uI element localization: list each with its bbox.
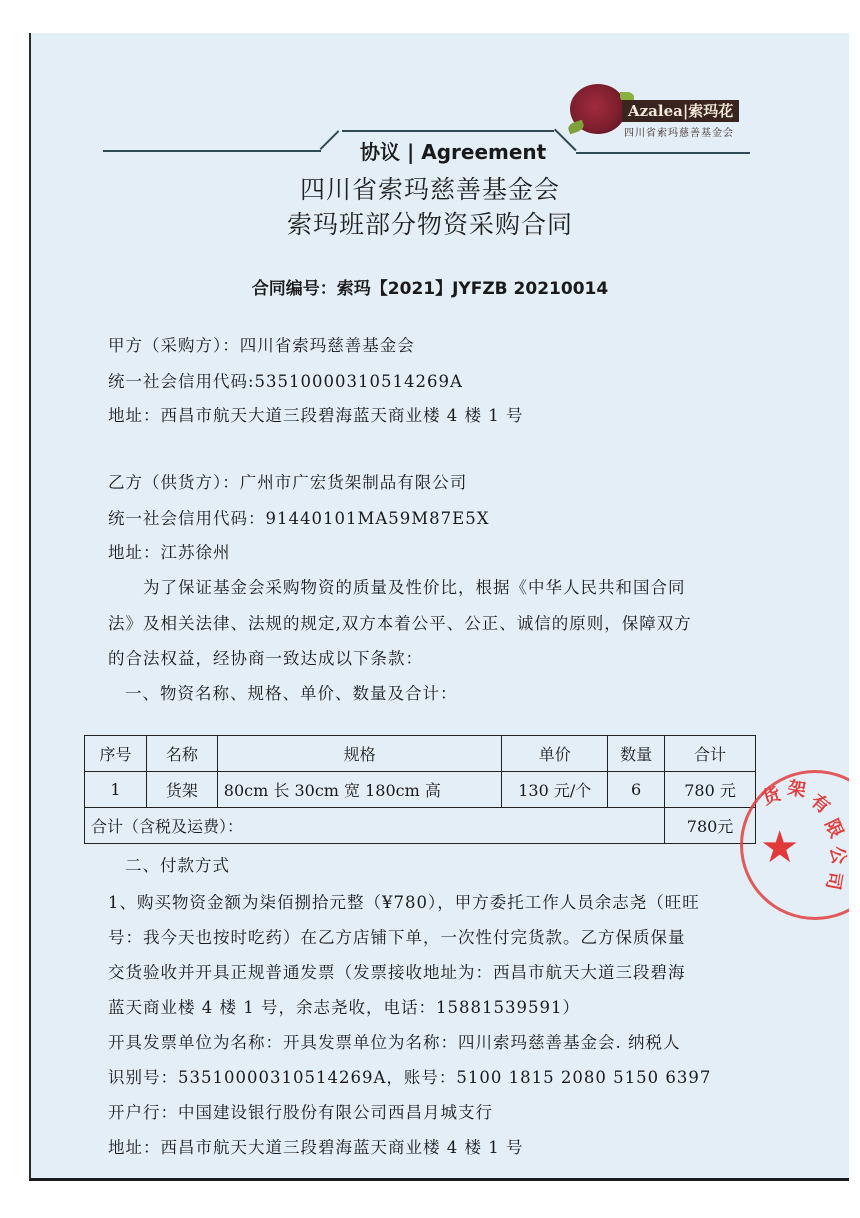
section-1-heading: 一、物资名称、规格、单价、数量及合计： <box>125 680 458 704</box>
table-total-row: 合计（含税及运费）： 780元 <box>85 808 756 844</box>
title-line-2: 索玛班部分物资采购合同 <box>0 205 860 241</box>
cell-quantity: 6 <box>608 772 665 808</box>
cell-unit-price: 130 元/个 <box>502 772 608 808</box>
cell-spec: 80cm 长 30cm 宽 180cm 高 <box>217 772 502 808</box>
logo-brand-text: Azalea|索玛花 <box>622 100 739 122</box>
title-line-1: 四川省索玛慈善基金会 <box>0 170 860 206</box>
table-header-row: 序号 名称 规格 单价 数量 合计 <box>85 736 756 772</box>
cell-index: 1 <box>85 772 147 808</box>
party-b-credit-code: 统一社会信用代码：91440101MA59M87E5X <box>108 505 489 529</box>
header-index: 序号 <box>85 736 147 772</box>
party-a-name: 甲方（采购方）：四川省索玛慈善基金会 <box>108 332 415 356</box>
header-band-line-right <box>576 152 750 154</box>
agreement-label: 协议 | Agreement <box>360 136 546 165</box>
header-band-line-top <box>342 130 554 132</box>
logo-subtitle: 四川省索玛慈善基金会 <box>624 124 734 139</box>
header-band-line-left <box>103 150 321 152</box>
tax-id-account-line: 识别号：53510000310514269A，账号：5100 1815 2080… <box>108 1064 711 1088</box>
header-spec: 规格 <box>217 736 502 772</box>
preamble-line-2: 法》及相关法律、法规的规定,双方本着公平、公正、诚信的原则，保障双方 <box>108 610 692 634</box>
invoice-name-line: 开具发票单位为名称：开具发票单位为名称：四川索玛慈善基金会. 纳税人 <box>108 1029 681 1053</box>
contract-number: 合同编号：索玛【2021】JYFZB 20210014 <box>0 274 860 299</box>
header-subtotal: 合计 <box>665 736 756 772</box>
total-label: 合计（含税及运费）： <box>85 808 665 844</box>
leaf-icon <box>567 120 585 135</box>
party-a-address: 地址：西昌市航天大道三段碧海蓝天商业楼 4 楼 1 号 <box>108 402 523 426</box>
table-row: 1 货架 80cm 长 30cm 宽 180cm 高 130 元/个 6 780… <box>85 772 756 808</box>
party-b-name: 乙方（供货方）：广州市广宏货架制品有限公司 <box>108 469 467 493</box>
party-a-credit-code: 统一社会信用代码:53510000310514269A <box>108 368 463 392</box>
address-line: 地址：西昌市航天大道三段碧海蓝天商业楼 4 楼 1 号 <box>108 1134 523 1158</box>
items-table: 序号 名称 规格 单价 数量 合计 1 货架 80cm 长 30cm 宽 180… <box>84 735 756 844</box>
page-margin-right <box>849 0 860 1218</box>
header-quantity: 数量 <box>608 736 665 772</box>
payment-line-1: 1、购买物资金额为柒佰捌拾元整（¥780），甲方委托工作人员余志尧（旺旺 <box>108 889 700 913</box>
cell-subtotal: 780 元 <box>665 772 756 808</box>
header-name: 名称 <box>146 736 217 772</box>
foundation-logo: Azalea|索玛花 四川省索玛慈善基金会 <box>560 78 760 140</box>
seal-star-icon: ★ <box>760 826 799 870</box>
preamble-line-1: 为了保证基金会采购物资的质量及性价比，根据《中华人民共和国合同 <box>143 574 686 598</box>
section-2-heading: 二、付款方式 <box>125 852 230 876</box>
payment-line-4: 蓝天商业楼 4 楼 1 号，余志尧收，电话：15881539591） <box>108 994 580 1018</box>
header-unit-price: 单价 <box>502 736 608 772</box>
party-b-address: 地址：江苏徐州 <box>108 539 231 563</box>
bank-line: 开户行：中国建设银行股份有限公司西昌月城支行 <box>108 1099 493 1123</box>
payment-line-2: 号：我今天也按时吃药）在乙方店铺下单，一次性付完货款。乙方保质保量 <box>108 924 686 948</box>
cell-name: 货架 <box>146 772 217 808</box>
preamble-line-3: 的合法权益，经协商一致达成以下条款： <box>108 645 423 669</box>
payment-line-3: 交货验收并开具正规普通发票（发票接收地址为：西昌市航天大道三段碧海 <box>108 959 686 983</box>
